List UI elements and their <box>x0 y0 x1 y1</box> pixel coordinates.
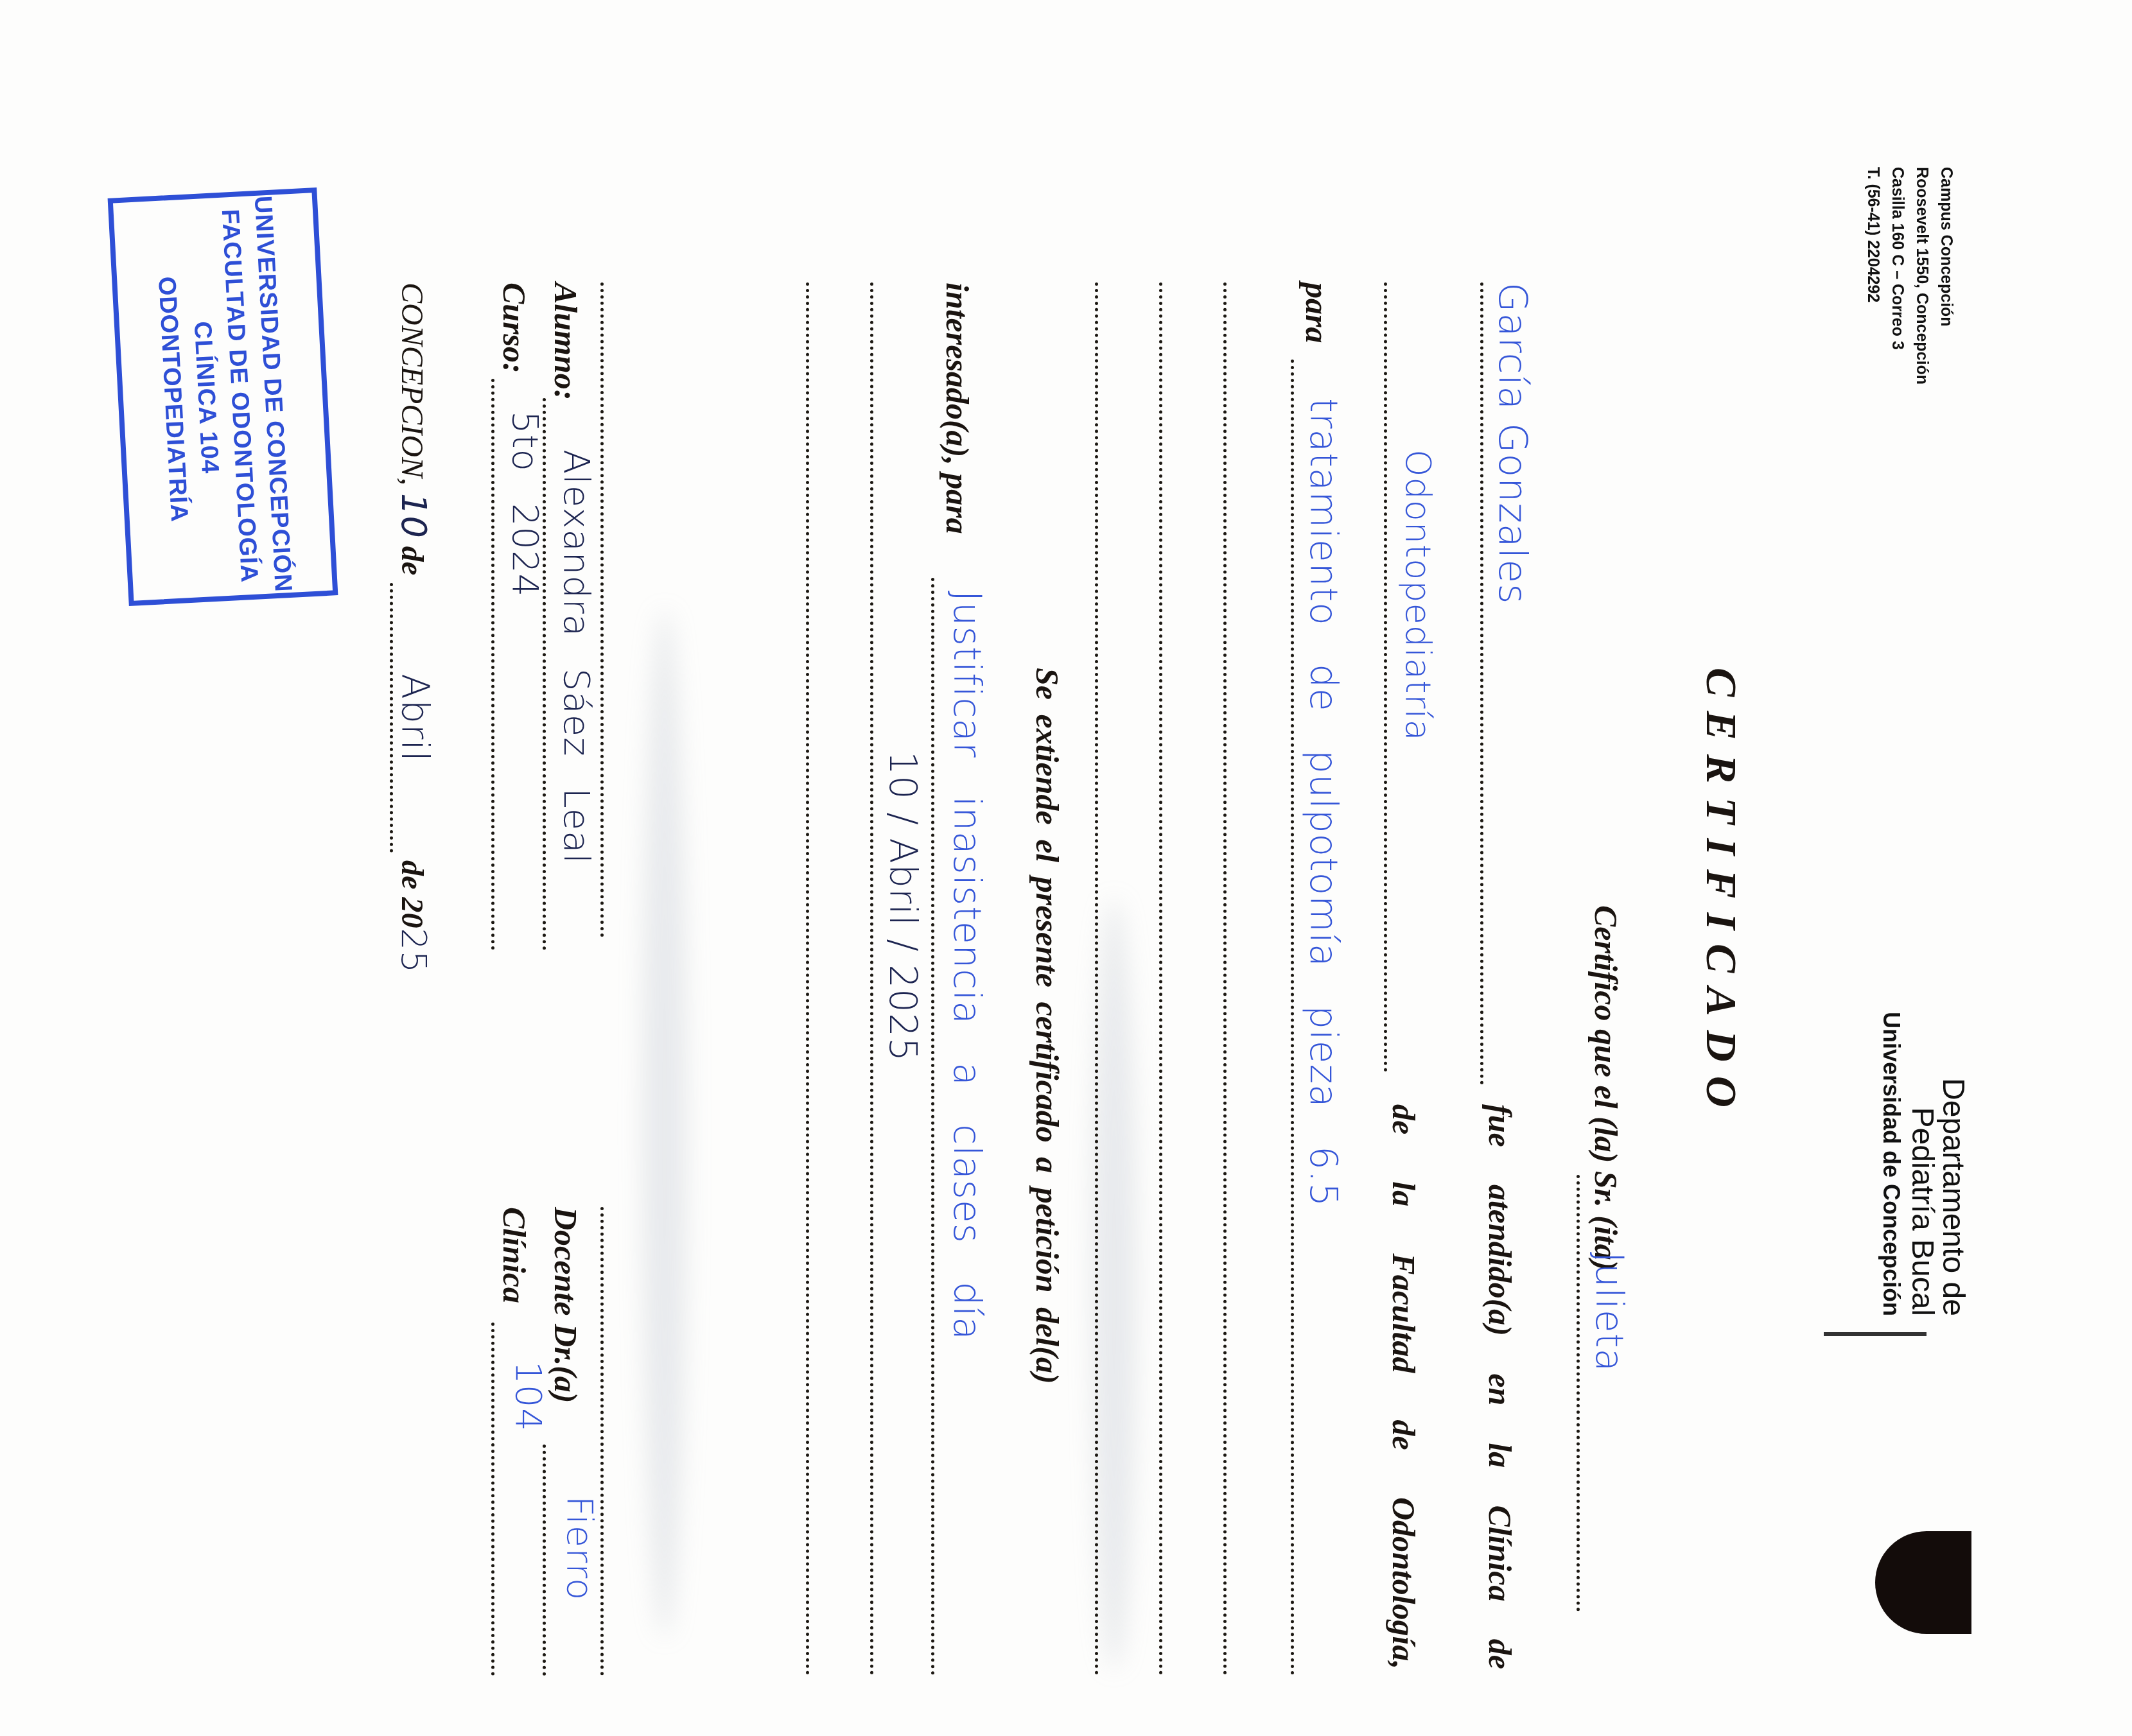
certify-label: Certifico que el (la) Sr. (ita) <box>1587 905 1625 1271</box>
address-line: T. (56-41) 2204292 <box>1861 167 1885 385</box>
purpose-text: Justificar inasistencia a clases día <box>945 591 989 1341</box>
clinica-label: Clínica <box>496 1207 533 1303</box>
department-line-2: Pediatría Bucal <box>1907 854 1937 1316</box>
address-line: Campus Concepción <box>1934 167 1959 385</box>
date-year-prefix: 20 <box>395 897 429 928</box>
docente-label: Docente Dr.(a) <box>547 1207 584 1403</box>
date-de-2: de <box>395 860 429 889</box>
university-name: Universidad de Concepción <box>1876 854 1907 1316</box>
date-year-suffix: 25 <box>394 928 434 973</box>
header-divider <box>1824 1332 1927 1336</box>
blank-line <box>1223 282 1227 1676</box>
date-de-1: de <box>395 546 429 575</box>
city-label: CONCEPCION, <box>395 282 429 485</box>
clinic-specialty: Odontopediatría <box>1398 449 1438 742</box>
department-block: Departamento de Pediatría Bucal Universi… <box>1876 854 1968 1316</box>
curso-label: Curso: <box>496 282 533 374</box>
signature-line-teacher <box>600 1207 604 1676</box>
blank-line <box>806 282 809 1676</box>
blank-line <box>1159 282 1162 1676</box>
scan-smudge <box>1092 899 1137 1669</box>
signature-line-student <box>600 282 604 937</box>
absence-date: 10 / Abril / 2025 <box>881 751 925 1062</box>
university-logo-icon <box>1875 1531 1971 1634</box>
address-line: Casilla 160 C – Correo 3 <box>1885 167 1910 385</box>
alumno-value: Alexandra Sáez Leal <box>555 449 597 864</box>
department-line-1: Departamento de <box>1937 854 1968 1316</box>
address-block: Campus Concepción Roosevelt 1550, Concep… <box>1861 167 1959 385</box>
alumno-label: Alumno: <box>547 282 584 400</box>
purpose-label: interesado(a), para <box>939 282 976 534</box>
date-month: Abril <box>393 673 437 762</box>
clinica-value: 104 <box>507 1361 549 1432</box>
curso-value: 5to 2024 <box>504 411 546 597</box>
date-line: CONCEPCION, 10 de Abril de 2025 <box>390 282 437 973</box>
request-text: Se extiende el presente certificado a pe… <box>1029 668 1066 1676</box>
document-title: CERTIFICADO <box>1696 668 1747 1122</box>
certificate-page: Departamento de Pediatría Bucal Universi… <box>0 0 2132 1736</box>
blank-line <box>1095 282 1098 1676</box>
address-line: Roosevelt 1550, Concepción <box>1910 167 1934 385</box>
patient-first-name: Julieta <box>1587 1252 1631 1372</box>
docente-value: Fierro <box>559 1496 600 1601</box>
clinic-stamp: UNIVERSIDAD DE CONCEPCIÓN FACULTAD DE OD… <box>108 187 338 606</box>
patient-last-name: García Gonzales <box>1490 282 1535 604</box>
line3-text: delaFacultaddeOdontología, <box>1385 1104 1422 1669</box>
treatment-description: tratamiento de pulpotomía pieza 6.5 <box>1302 398 1345 1207</box>
para-label: para <box>1298 282 1336 343</box>
date-day: 10 <box>394 493 434 539</box>
line2-text: fueatendido(a)enlaClínicade <box>1481 1104 1519 1669</box>
scan-smudge <box>642 610 687 1637</box>
